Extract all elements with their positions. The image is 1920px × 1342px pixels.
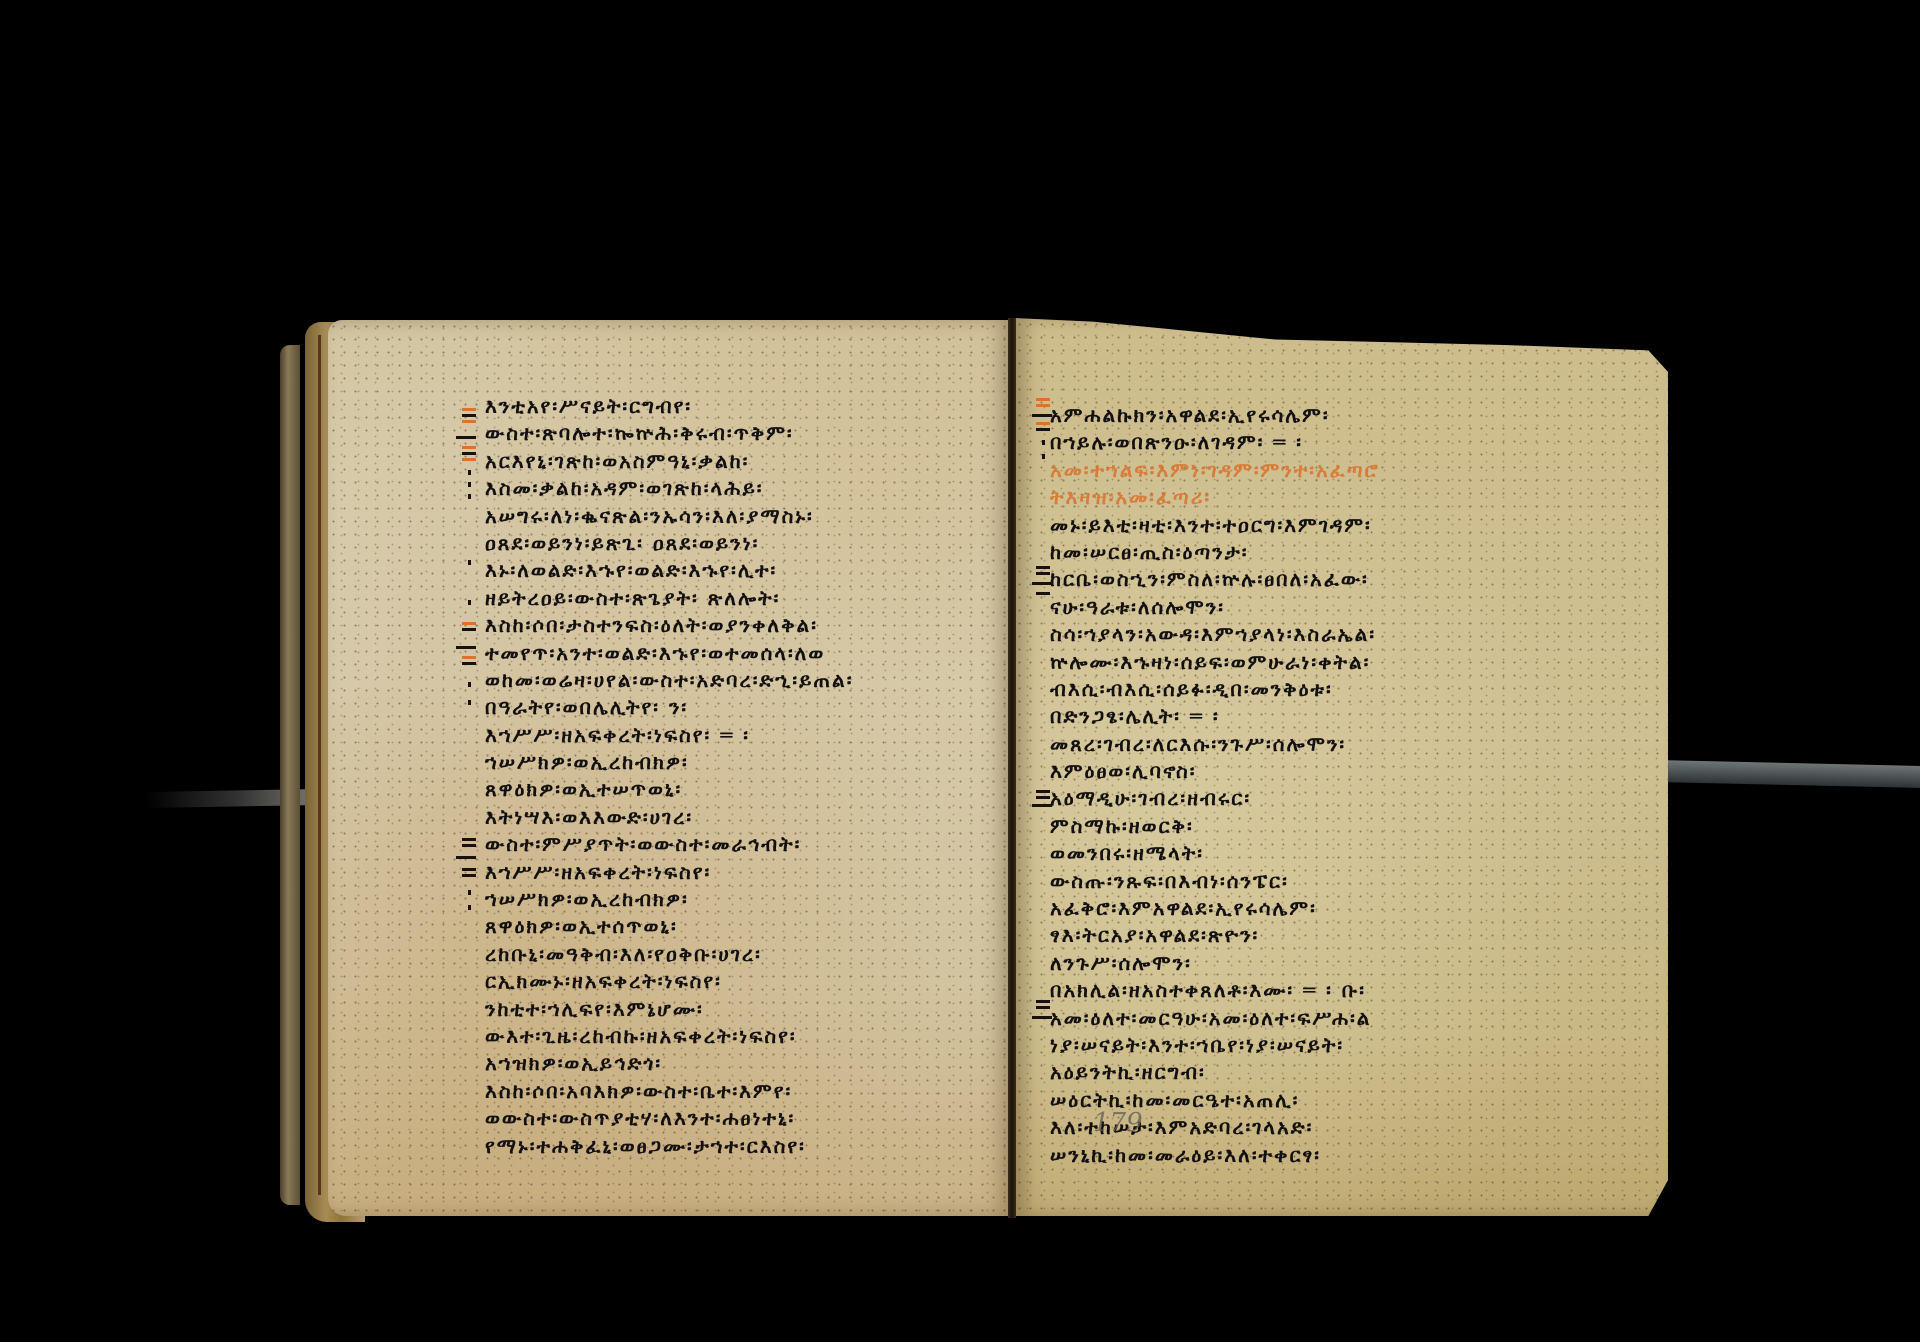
left-page-text: እንቲአየ፡ሥናይት፡ርግብየ፡ ውስተ፡ጽባሎተ፡ኰኵሕ፡ቅሩብ፡ጥቅም፡ አ…	[485, 393, 853, 1160]
text-line: መኑ፡ይእቲ፡ዛቲ፡እንተ፡ተዐርግ፡እምገዳም፡	[1050, 512, 1380, 539]
text-line: ተመየጥ፡አንተ፡ወልድ፡እኁየ፡ወተመሰላ፡ለወ	[485, 640, 853, 667]
loose-leaf-edge	[280, 345, 300, 1205]
text-line: ዘይትረዐይ፡ውስተ፡ጽጌያት፡ ጽለሎት፡	[485, 585, 853, 612]
text-line: እስከ፡ሶበ፡ታስተንፍስ፡ዕለት፡ወያንቀለቅል፡	[485, 612, 853, 639]
text-line: አመ፡ዕለተ፡መርዓሁ፡አመ፡ዕለተ፡ፍሥሐ፡ል	[1050, 1005, 1380, 1032]
text-line: ጸዋዕክዎ፡ወኢተሰጥወኒ፡	[485, 913, 853, 940]
text-line: በድንጋፄ፡ሌሊት፡ ═ ፡	[1050, 703, 1380, 730]
text-line: ወውስተ፡ውስጥያቲሃ፡ለእንተ፡ሐፀነተኒ፡	[485, 1105, 853, 1132]
text-line: ወመንበሩ፡ዘሜላት፡	[1050, 840, 1380, 867]
text-line: አፈቅሮ፡እምአዋልደ፡ኢየሩሳሌም፡	[1050, 895, 1380, 922]
text-line: በዓራትየ፡ወበሌሊትየ፡ ን፡	[485, 694, 853, 721]
text-line: የማኑ፡ተሐቅፈኒ፡ወፀጋሙ፡ታኀተ፡ርእስየ፡	[485, 1133, 853, 1160]
text-line: አርእየኒ፡ገጽከ፡ወአስምዓኒ፡ቃልከ፡	[485, 448, 853, 475]
text-line: ሠንኒኪ፡ከመ፡መራዕይ፡እለ፡ተቀርፃ፡	[1050, 1142, 1380, 1169]
text-line: ስሳ፡ኀያላን፡አውዳ፡እምኀያላነ፡እስራኤል፡	[1050, 621, 1380, 648]
text-line: ነያ፡ሠናይት፡እንተ፡ኀቤየ፡ነያ፡ሠናይት፡	[1050, 1032, 1380, 1059]
text-line: ጸዋዕክዎ፡ወኢተሠጥወኒ፡	[485, 776, 853, 803]
text-line: ለንጉሥ፡ሰሎሞን፡	[1050, 950, 1380, 977]
text-line: ናሁ፡ዓራቱ፡ለሰሎሞን፡	[1050, 594, 1380, 621]
text-line: አዕማዲሁ፡ገብረ፡ዘብሩር፡	[1050, 785, 1380, 812]
text-line: መጸረ፡ገብረ፡ለርእሱ፡ንጉሥ፡ሰሎሞን፡	[1050, 731, 1380, 758]
text-line: እኀሥሥ፡ዘአፍቀረት፡ነፍስየ፡ ═ ፡	[485, 722, 853, 749]
text-line: አኀዝክዎ፡ወኢይኅድጎ፡	[485, 1050, 853, 1077]
text-line: እኀሥሥ፡ዘአፍቀረት፡ነፍስየ፡	[485, 859, 853, 886]
text-line: ረከቡኒ፡መዓቅብ፡እለ፡የዐቅቡ፡ሀገረ፡	[485, 941, 853, 968]
text-line: እስመ፡ቃልከ፡አዳም፡ወገጽከ፡ላሕይ፡	[485, 475, 853, 502]
text-line: ውእተ፡ጊዜ፡ረከብኩ፡ዘአፍቀረት፡ነፍስየ፡	[485, 1023, 853, 1050]
text-line: ውስተ፡ጽባሎተ፡ኰኵሕ፡ቅሩብ፡ጥቅም፡	[485, 420, 853, 447]
right-page-clamp	[1640, 760, 1920, 789]
text-line: በአክሊል፡ዘአስተቀጸለቶ፡እሙ፡ ═ ፡ ቡ፡	[1050, 977, 1380, 1004]
text-line: እኑ፡ለወልድ፡እኁየ፡ወልድ፡እኁየ፡ሊተ፡	[485, 557, 853, 584]
folio-number: 179	[1093, 1108, 1143, 1138]
text-line: ወከመ፡ወሬዛ፡ሀየል፡ውስተ፡አድባረ፡ድኂ፡ይጠል፡	[485, 667, 853, 694]
rubric-line: አመ፡ተኀልፍ፡እምነ፡ገዳም፡ምንተ፡አፈጣሮ	[1050, 457, 1380, 484]
left-margin-marks	[462, 400, 484, 1030]
photo-background: እንቲአየ፡ሥናይት፡ርግብየ፡ ውስተ፡ጽባሎተ፡ኰኵሕ፡ቅሩብ፡ጥቅም፡ አ…	[0, 0, 1920, 1342]
text-line: ምስማኩ፡ዘወርቅ፡	[1050, 813, 1380, 840]
text-line: ርኢክሙኑ፡ዘአፍቀረት፡ነፍስየ፡	[485, 968, 853, 995]
text-line: አምሐልኩክን፡አዋልደ፡ኢየሩሳሌም፡	[1050, 402, 1380, 429]
text-line: አሠግሩ፡ለነ፡ቈናጽል፡ንኡሳን፡እለ፡ያማስኑ፡	[485, 503, 853, 530]
rubric-line: ትእዛዝ፡አመ፡ፈጣሪ፡	[1050, 484, 1380, 511]
text-line: ውስጡ፡ንጹፍ፡በእብነ፡ሰንፔር፡	[1050, 868, 1380, 895]
book-gutter	[1008, 318, 1016, 1218]
text-line: ንከቲተ፡ኀሊፍየ፡እምኔሆሙ፡	[485, 996, 853, 1023]
text-line: እምዕፀወ፡ሊባኖስ፡	[1050, 758, 1380, 785]
right-page-text: አምሐልኩክን፡አዋልደ፡ኢየሩሳሌም፡ በኀይሉ፡ወበጽንዑ፡ለገዳም፡ ═ …	[1050, 402, 1380, 1169]
text-line: ፃእ፡ትርአያ፡አዋልደ፡ጽዮን፡	[1050, 922, 1380, 949]
text-line: እንቲአየ፡ሥናይት፡ርግብየ፡	[485, 393, 853, 420]
text-line: እስከ፡ሶበ፡አባእክዎ፡ውስተ፡ቤተ፡እምየ፡	[485, 1078, 853, 1105]
page-edge-line	[318, 335, 321, 1195]
text-line: ከርቤ፡ወስኂን፡ምስለ፡ኵሉ፡ፀበለ፡አፈው፡	[1050, 566, 1380, 593]
text-line: ኀሠሥክዎ፡ወኢረከብክዎ፡	[485, 886, 853, 913]
text-line: ኵሎሙ፡እኁዛነ፡ሰይፍ፡ወምሁራነ፡ቀትል፡	[1050, 649, 1380, 676]
text-line: በኀይሉ፡ወበጽንዑ፡ለገዳም፡ ═ ፡	[1050, 429, 1380, 456]
text-line: ውስተ፡ምሥያጥት፡ወውስተ፡መራኅብት፡	[485, 831, 853, 858]
text-line: ኀሠሥክዎ፡ወኢረከብክዎ፡	[485, 749, 853, 776]
text-line: ዐጸደ፡ወይንነ፡ይጽጊ፡ ዐጸደ፡ወይንነ፡	[485, 530, 853, 557]
text-line: እትነሣእ፡ወእእውድ፡ሀገረ፡	[485, 804, 853, 831]
text-line: ብእሲ፡ብእሲ፡ሰይፉ፡ዲበ፡መንቅዕቱ፡	[1050, 676, 1380, 703]
text-line: አዕይንትኪ፡ዘርግብ፡	[1050, 1059, 1380, 1086]
text-line: ከመ፡ሠርፀ፡ጢስ፡ዕጣንታ፡	[1050, 539, 1380, 566]
